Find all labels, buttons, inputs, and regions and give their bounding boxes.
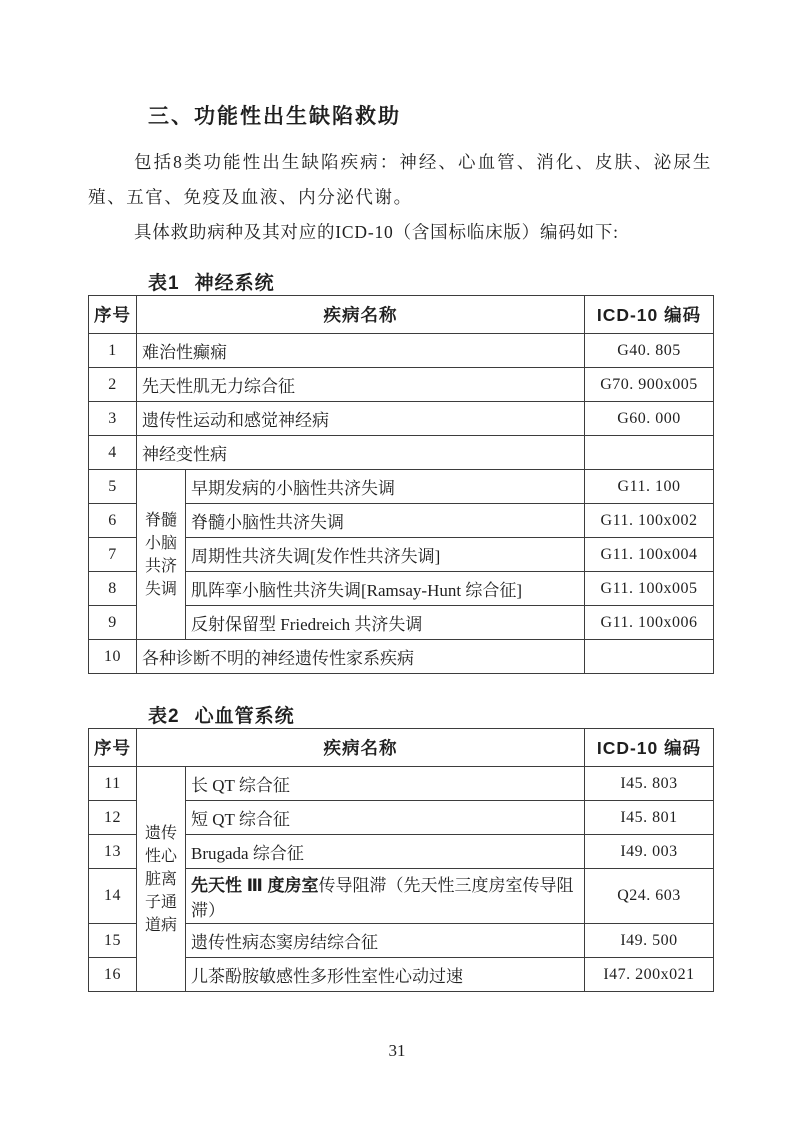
column-header-no: 序号: [89, 729, 137, 767]
table1-caption-label: 表1: [148, 273, 180, 294]
disease-name-bold-part: 先天性 Ⅲ 度房室: [191, 876, 319, 895]
row-number-cell: 8: [89, 572, 137, 606]
table-row: 3遗传性运动和感觉神经病G60. 000: [89, 402, 714, 436]
disease-name-cell: 肌阵挛小脑性共济失调[Ramsay-Hunt 综合征]: [186, 572, 585, 606]
table2-caption: 表2心血管系统: [148, 701, 295, 728]
row-number-cell: 4: [89, 436, 137, 470]
disease-name-cell: 先天性肌无力综合征: [137, 368, 585, 402]
table2-caption-label: 表2: [148, 706, 180, 727]
disease-name-cell: 神经变性病: [137, 436, 585, 470]
row-number-cell: 1: [89, 334, 137, 368]
disease-name-cell: 早期发病的小脑性共济失调: [186, 470, 585, 504]
icd-code-cell: G11. 100x002: [585, 504, 714, 538]
icd-code-cell: [585, 640, 714, 674]
icd-code-cell: Q24. 603: [585, 869, 714, 924]
icd-code-cell: G11. 100: [585, 470, 714, 504]
table1-caption: 表1神经系统: [148, 268, 275, 295]
disease-name-cell: Brugada 综合征: [186, 835, 585, 869]
disease-name-cell: 短 QT 综合征: [186, 801, 585, 835]
disease-name-cell: 脊髓小脑性共济失调: [186, 504, 585, 538]
row-number-cell: 16: [89, 958, 137, 992]
table-body: 11遗传性心脏离子通道病长 QT 综合征I45. 80312短 QT 综合征I4…: [89, 767, 714, 992]
row-number-cell: 13: [89, 835, 137, 869]
table-row: 4神经变性病: [89, 436, 714, 470]
disease-name-cell: 遗传性病态窦房结综合征: [186, 924, 585, 958]
icd-code-cell: I45. 801: [585, 801, 714, 835]
icd-code-cell: [585, 436, 714, 470]
column-header-no: 序号: [89, 296, 137, 334]
disease-name-cell: 难治性癫痫: [137, 334, 585, 368]
table-row: 5脊髓小脑共济失调早期发病的小脑性共济失调G11. 100: [89, 470, 714, 504]
table-row: 1难治性癫痫G40. 805: [89, 334, 714, 368]
lead-in-paragraph: 具体救助病种及其对应的ICD-10（含国标临床版）编码如下:: [88, 215, 712, 250]
icd-code-cell: I49. 003: [585, 835, 714, 869]
table-header-row: 序号疾病名称ICD-10 编码: [89, 296, 714, 334]
icd-code-cell: G11. 100x005: [585, 572, 714, 606]
icd-code-cell: I45. 803: [585, 767, 714, 801]
row-number-cell: 11: [89, 767, 137, 801]
row-number-cell: 7: [89, 538, 137, 572]
row-number-cell: 10: [89, 640, 137, 674]
column-header-disease-name: 疾病名称: [137, 296, 585, 334]
table-row: 2先天性肌无力综合征G70. 900x005: [89, 368, 714, 402]
row-number-cell: 14: [89, 869, 137, 924]
cardiovascular-system-table: 序号疾病名称ICD-10 编码 11遗传性心脏离子通道病长 QT 综合征I45.…: [88, 728, 714, 992]
section-heading: 三、功能性出生缺陷救助: [148, 100, 401, 130]
icd-code-cell: I47. 200x021: [585, 958, 714, 992]
page-number: 31: [0, 1041, 794, 1061]
disease-name-cell: 遗传性运动和感觉神经病: [137, 402, 585, 436]
disease-name-cell: 周期性共济失调[发作性共济失调]: [186, 538, 585, 572]
icd-code-cell: G40. 805: [585, 334, 714, 368]
row-number-cell: 3: [89, 402, 137, 436]
row-number-cell: 9: [89, 606, 137, 640]
table-row: 10各种诊断不明的神经遗传性家系疾病: [89, 640, 714, 674]
icd-code-cell: G11. 100x006: [585, 606, 714, 640]
icd-code-cell: G11. 100x004: [585, 538, 714, 572]
disease-name-cell: 儿茶酚胺敏感性多形性室性心动过速: [186, 958, 585, 992]
disease-name-cell: 各种诊断不明的神经遗传性家系疾病: [137, 640, 585, 674]
disease-name-cell: 反射保留型 Friedreich 共济失调: [186, 606, 585, 640]
disease-name-cell: 长 QT 综合征: [186, 767, 585, 801]
row-number-cell: 15: [89, 924, 137, 958]
table-header-row: 序号疾病名称ICD-10 编码: [89, 729, 714, 767]
icd-code-cell: I49. 500: [585, 924, 714, 958]
table-head: 序号疾病名称ICD-10 编码: [89, 729, 714, 767]
row-number-cell: 6: [89, 504, 137, 538]
nervous-system-table: 序号疾病名称ICD-10 编码 1难治性癫痫G40. 8052先天性肌无力综合征…: [88, 295, 714, 674]
column-header-icd-code: ICD-10 编码: [585, 296, 714, 334]
table-head: 序号疾病名称ICD-10 编码: [89, 296, 714, 334]
row-number-cell: 12: [89, 801, 137, 835]
column-header-icd-code: ICD-10 编码: [585, 729, 714, 767]
intro-paragraph: 包括8类功能性出生缺陷疾病：神经、心血管、消化、皮肤、泌尿生殖、五官、免疫及血液…: [88, 145, 712, 215]
icd-code-cell: G60. 000: [585, 402, 714, 436]
table-body: 1难治性癫痫G40. 8052先天性肌无力综合征G70. 900x0053遗传性…: [89, 334, 714, 674]
table2-caption-title: 心血管系统: [195, 706, 295, 727]
row-number-cell: 5: [89, 470, 137, 504]
disease-group-cell: 脊髓小脑共济失调: [137, 470, 186, 640]
disease-name-cell: 先天性 Ⅲ 度房室传导阻滞（先天性三度房室传导阻滞）: [186, 869, 585, 924]
table-row: 11遗传性心脏离子通道病长 QT 综合征I45. 803: [89, 767, 714, 801]
table1-caption-title: 神经系统: [195, 273, 275, 294]
disease-group-cell: 遗传性心脏离子通道病: [137, 767, 186, 992]
column-header-disease-name: 疾病名称: [137, 729, 585, 767]
icd-code-cell: G70. 900x005: [585, 368, 714, 402]
row-number-cell: 2: [89, 368, 137, 402]
